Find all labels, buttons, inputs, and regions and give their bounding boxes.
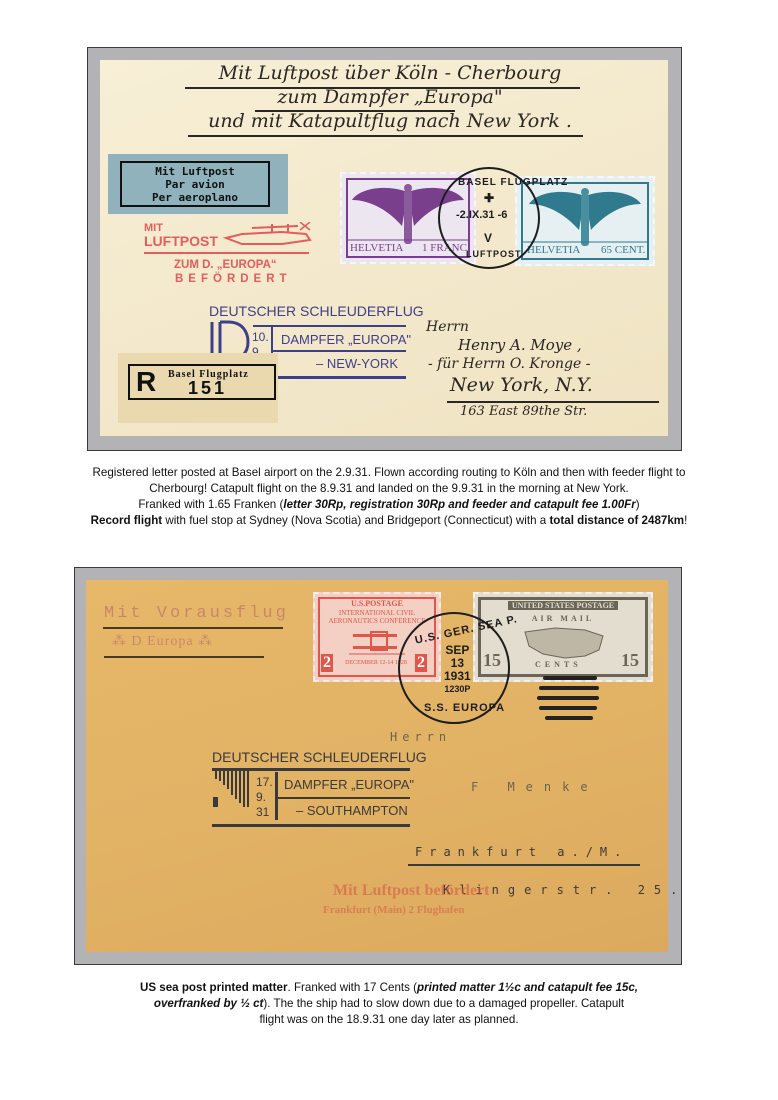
cancellation-bars-icon bbox=[535, 672, 605, 724]
postmark-basel-flugplatz: BASEL FLUGPLATZ ✚ -2.IX.31 -6 V LUFTPOST bbox=[438, 167, 540, 269]
text-bold-italic: overfranked by ½ ct bbox=[154, 997, 264, 1010]
stamp-country: HELVETIA bbox=[527, 244, 580, 256]
date-year: 1931 bbox=[444, 670, 471, 683]
registration-label: R Basel Flugplatz 151 bbox=[118, 353, 278, 423]
stamp-title: INTERNATIONAL CIVIL AERONAUTICS CONFEREN… bbox=[321, 609, 433, 625]
date-day: 17. bbox=[256, 775, 273, 790]
postmark-sub: V bbox=[484, 231, 492, 245]
caption1-line3: Franked with 1.65 Franken (letter 30Rp, … bbox=[40, 497, 738, 513]
address-line-4: New York, N.Y. bbox=[450, 374, 593, 396]
date-time: 1230P bbox=[444, 683, 471, 696]
address-line-3: Frankfurt a./M. bbox=[415, 845, 628, 859]
catapult-cachet-title: DEUTSCHER SCHLEUDERFLUG bbox=[212, 749, 427, 765]
caption-cover1: Registered letter posted at Basel airpor… bbox=[40, 465, 738, 529]
address-line-3: - für Herrn O. Kronge - bbox=[428, 356, 590, 372]
catapult-cachet-line2: – SOUTHAMPTON bbox=[296, 803, 408, 818]
red-cachet-befoerdert: BEFÖRDERT bbox=[175, 273, 292, 285]
catapult-cachet-line2: – NEW-YORK bbox=[316, 356, 398, 371]
address-line-2: Henry A. Moye , bbox=[458, 336, 582, 354]
faded-red-cachet-line1: Mit Luftpost befördert bbox=[333, 882, 489, 900]
ornament-icon: ⁂ bbox=[194, 634, 214, 649]
airmail-label: Mit Luftpost Par avion Per aeroplano bbox=[108, 154, 288, 214]
registration-letter: R bbox=[136, 366, 156, 398]
text-bold: US sea post printed matter bbox=[140, 981, 288, 994]
catapult-cachet-title: DEUTSCHER SCHLEUDERFLUG bbox=[209, 303, 424, 319]
caption-cover2: US sea post printed matter. Franked with… bbox=[60, 980, 718, 1028]
caption2-line1: US sea post printed matter. Franked with… bbox=[60, 980, 718, 996]
airmail-label-line-1: Mit Luftpost bbox=[122, 165, 268, 178]
date-month: 9. bbox=[256, 790, 273, 805]
stamp-top-text: U.S.POSTAGE bbox=[315, 599, 439, 608]
underline bbox=[104, 656, 264, 658]
red-cachet-rule bbox=[144, 252, 309, 254]
catapult-cachet-line1: DAMPFER „EUROPA" bbox=[284, 777, 414, 792]
text-bold-italic: printed matter 1½c and catapult fee 15c, bbox=[417, 981, 638, 994]
faded-red-cachet-line2: Frankfurt (Main) 2 Flughafen bbox=[323, 904, 464, 916]
text: with fuel stop at Sydney (Nova Scotia) a… bbox=[162, 514, 549, 527]
postmark-sea-post: U.S. GER. SEA P. SEP 13 1931 1230P S.S. … bbox=[398, 612, 510, 724]
stamp-value-right: 15 bbox=[621, 650, 639, 671]
text-bold: total distance of 2487km bbox=[549, 514, 684, 527]
registration-number: 151 bbox=[188, 378, 227, 399]
text-bold: letter 30Rp, registration 30Rp and feede… bbox=[283, 498, 635, 511]
stamp-top-text: UNITED STATES POSTAGE bbox=[475, 601, 651, 610]
underline bbox=[103, 627, 283, 629]
caption1-line1: Registered letter posted at Basel airpor… bbox=[40, 465, 738, 481]
caption1-line2: Cherbourg! Catapult flight on the 8.9.31… bbox=[40, 481, 738, 497]
cachet-rule bbox=[253, 325, 406, 327]
cachet-rule bbox=[273, 350, 406, 352]
text: D Europa bbox=[132, 634, 194, 649]
text-bold: Record flight bbox=[91, 514, 163, 527]
cachet-rule bbox=[212, 824, 410, 827]
swiss-cross-icon: ✚ bbox=[484, 191, 494, 205]
text: . Franked with 17 Cents ( bbox=[288, 981, 418, 994]
airmail-label-line-2: Par avion bbox=[122, 178, 268, 191]
address-line-2: F Menke bbox=[471, 780, 599, 794]
address-line-5: 163 East 89the Str. bbox=[460, 404, 587, 419]
postmark-date: -2.IX.31 -6 bbox=[456, 209, 507, 221]
postmark-bottom-text: S.S. EUROPA bbox=[424, 702, 505, 714]
postmark-top-text: BASEL FLUGPLATZ bbox=[458, 177, 568, 188]
underline bbox=[408, 864, 640, 866]
cachet-rule bbox=[212, 768, 410, 771]
cover1-header-line-3: und mit Katapultflug nach New York . bbox=[180, 110, 600, 132]
red-cachet-luftpost: LUFTPOST bbox=[144, 233, 218, 249]
text: ! bbox=[684, 514, 687, 527]
cover1-header-line-1: Mit Luftpost über Köln - Cherbourg bbox=[180, 62, 600, 84]
stamp-value-left: 2 bbox=[321, 654, 333, 672]
caption1-line4: Record flight with fuel stop at Sydney (… bbox=[40, 513, 738, 529]
caption2-line2: overfranked by ½ ct). The the ship had t… bbox=[60, 996, 718, 1012]
vorausflug-cachet-line2: ⁂ D Europa ⁂ bbox=[112, 633, 213, 650]
bars-logo-icon bbox=[212, 769, 254, 809]
postmark-date: SEP 13 1931 1230P bbox=[444, 644, 471, 696]
catapult-cachet-line1: DAMPFER „EUROPA" bbox=[281, 332, 411, 347]
date-day: 10. bbox=[252, 330, 269, 345]
address-line-1: Herrn bbox=[390, 730, 451, 744]
cover1-header-line-2: zum Dampfer „Europa" bbox=[180, 86, 600, 108]
cachet-rule bbox=[278, 797, 410, 799]
caption2-line3: flight was on the 18.9.31 one day later … bbox=[60, 1012, 718, 1028]
text: UNITED STATES POSTAGE bbox=[508, 601, 618, 610]
seaplane-icon bbox=[222, 222, 314, 250]
address-line-1: Herrn bbox=[426, 319, 469, 335]
stamp-unit: CENTS bbox=[535, 660, 582, 669]
map-icon bbox=[515, 626, 611, 662]
text: ) bbox=[636, 498, 640, 511]
postmark-bottom-text: LUFTPOST bbox=[466, 249, 522, 259]
airmail-label-line-3: Per aeroplano bbox=[122, 191, 268, 204]
cachet-divider bbox=[275, 772, 278, 820]
red-cachet-europa: ZUM D. „EUROPA“ bbox=[174, 259, 277, 271]
date-year: 31 bbox=[256, 805, 273, 820]
catapult-cachet-date: 17. 9. 31 bbox=[256, 775, 273, 820]
ornament-icon: ⁂ bbox=[112, 634, 132, 649]
underline bbox=[188, 135, 583, 137]
stamp-country: HELVETIA bbox=[350, 242, 403, 254]
stamp-value: 65 CENT. bbox=[601, 244, 645, 256]
vorausflug-cachet-line1: Mit Vorausflug bbox=[104, 604, 289, 623]
text: Franked with 1.65 Franken ( bbox=[138, 498, 283, 511]
underline bbox=[447, 401, 659, 403]
text: ). The the ship had to slow down due to … bbox=[263, 997, 624, 1010]
